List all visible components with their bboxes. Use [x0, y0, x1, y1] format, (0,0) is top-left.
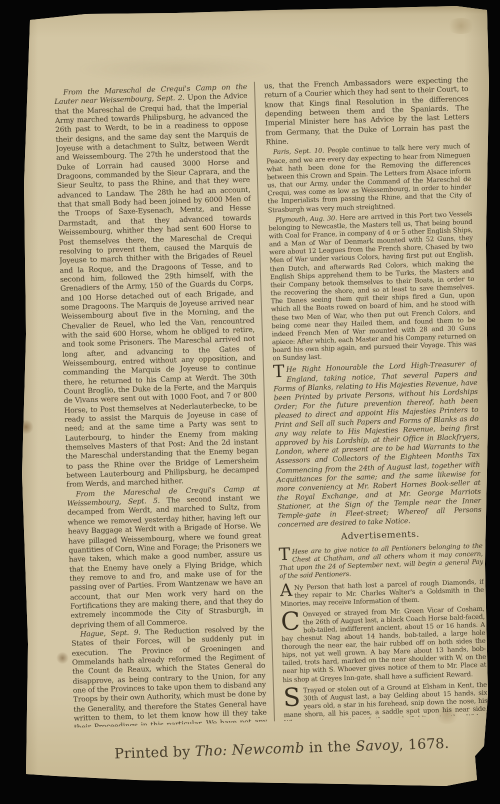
advertisement-paragraph: STrayed or stolen out of a Ground at Els… [283, 680, 488, 727]
paragraph-text: us, that the French Ambassadors were exp… [264, 75, 470, 146]
news-paragraph: Hague, Sept. 9. The Reduction resolved b… [71, 624, 267, 728]
news-paragraph: Paris, Sept. 10. People continue to talk… [266, 142, 472, 214]
paragraph-text: The second instant we decamped from Werd… [67, 493, 263, 629]
newspaper-sheet: From the Mareschal de Crequi's Camp on t… [16, 4, 490, 790]
left-column: From the Mareschal de Crequi's Camp on t… [54, 82, 274, 728]
imprint-segment: Savoy [355, 737, 399, 754]
text-columns: From the Mareschal de Crequi's Camp on t… [54, 75, 488, 728]
imprint-segment: in the [304, 739, 356, 757]
ink-stain [56, 652, 69, 664]
advertisement-paragraph: ANy Person that hath lost a parcel of ro… [280, 577, 485, 608]
paragraph-text: Upon the Advice that the Mareschal de Cr… [55, 91, 260, 489]
news-paragraph: us, that the French Ambassadors were exp… [264, 75, 470, 147]
drop-cap: A [280, 583, 295, 598]
photo-of-1678-newspaper-page: { "page": { "background_color": "#050505… [0, 0, 500, 804]
paragraph-text: Trayed or stolen out of a Ground at Elsh… [284, 680, 488, 727]
printer-imprint: Printed by Tho: Newcomb in the Savoy, 16… [75, 735, 489, 764]
news-paragraph: From the Mareschal de Crequi's Camp on t… [54, 82, 260, 490]
drop-cap: S [283, 686, 304, 708]
news-paragraph: From the Mareschal de Crequi's Camp at W… [67, 484, 264, 630]
advertisement-paragraph: COnveyed or strayed from Mr. Green Vicar… [281, 605, 487, 684]
drop-cap: T [279, 548, 293, 563]
news-paragraph: THe Right Honourable the Lord High-Treas… [273, 359, 482, 529]
ink-stain [18, 420, 34, 434]
drop-cap: C [281, 610, 304, 632]
paragraph-text: Hese are to give notice to all Pentioner… [279, 542, 483, 581]
imprint-segment: Tho: Newcomb [195, 740, 305, 759]
foxing-stain [446, 18, 476, 34]
imprint-segment: , 1678. [399, 736, 450, 754]
paragraph-text: Onveyed or strayed from Mr. Green Vicar … [281, 605, 486, 684]
drop-cap: T [273, 365, 287, 380]
paragraph-text: He Right Honourable the Lord High-Treasu… [273, 359, 481, 529]
show-through-smudge [76, 56, 276, 82]
news-paragraph: Plymouth, Aug. 30. Here are arrived in t… [268, 210, 477, 363]
paragraph-text: The Reduction resolved by the States of … [71, 624, 267, 728]
paragraph-text: Ny Person that hath lost a parcel of rou… [280, 577, 484, 608]
right-column: us, that the French Ambassadors were exp… [254, 75, 488, 721]
advertisement-paragraph: THese are to give notice to all Pentione… [279, 542, 484, 581]
imprint-segment: Printed by [114, 744, 195, 763]
printed-area: From the Mareschal de Crequi's Camp on t… [54, 75, 490, 788]
paragraph-text: Here are arrived in this Port two Vessel… [268, 210, 476, 363]
